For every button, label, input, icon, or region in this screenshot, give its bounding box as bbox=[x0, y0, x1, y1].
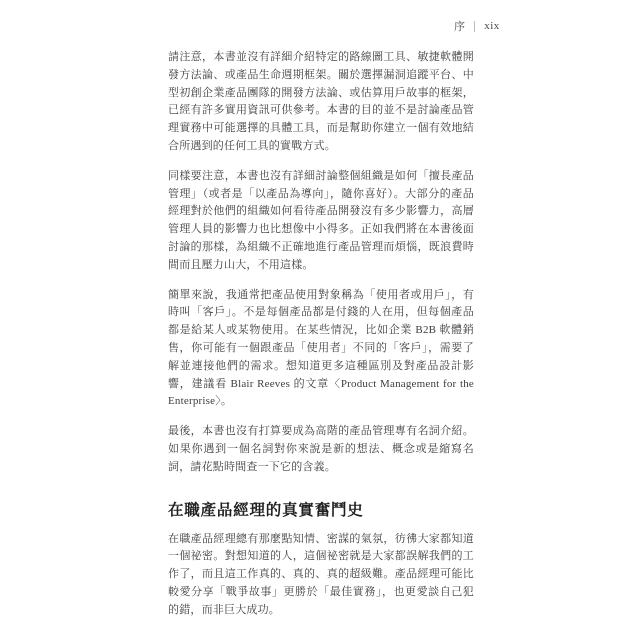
chapter-title: 序 bbox=[454, 18, 466, 34]
book-page: 序 | xix 請注意，本書並沒有詳細介紹特定的路線圖工具、敏捷軟體開發方法論、… bbox=[0, 0, 640, 640]
section-heading: 在職產品經理的真實奮鬥史 bbox=[168, 498, 474, 520]
page-body: 請注意，本書並沒有詳細介紹特定的路線圖工具、敏捷軟體開發方法論、或產品生命週期框… bbox=[168, 49, 474, 620]
paragraph: 請注意，本書並沒有詳細介紹特定的路線圖工具、敏捷軟體開發方法論、或產品生命週期框… bbox=[168, 49, 474, 156]
page-number: xix bbox=[484, 20, 500, 32]
running-header: 序 | xix bbox=[454, 18, 500, 34]
paragraph: 最後，本書也沒有打算要成為高階的產品管理專有名詞介紹。如果你遇到一個名詞對你來說… bbox=[168, 423, 474, 476]
paragraph: 簡單來說，我通常把產品使用對象稱為「使用者或用戶」，有時叫「客戶」。不是每個產品… bbox=[168, 287, 474, 412]
paragraph: 同樣要注意，本書也沒有詳細討論整個組織是如何「擅長產品管理」（或者是「以產品為導… bbox=[168, 168, 474, 275]
header-divider: | bbox=[474, 19, 477, 33]
paragraph: 在職產品經理總有那麼點知情、密謀的氣氛，彷彿大家都知道一個祕密。對想知道的人，這… bbox=[168, 531, 474, 620]
